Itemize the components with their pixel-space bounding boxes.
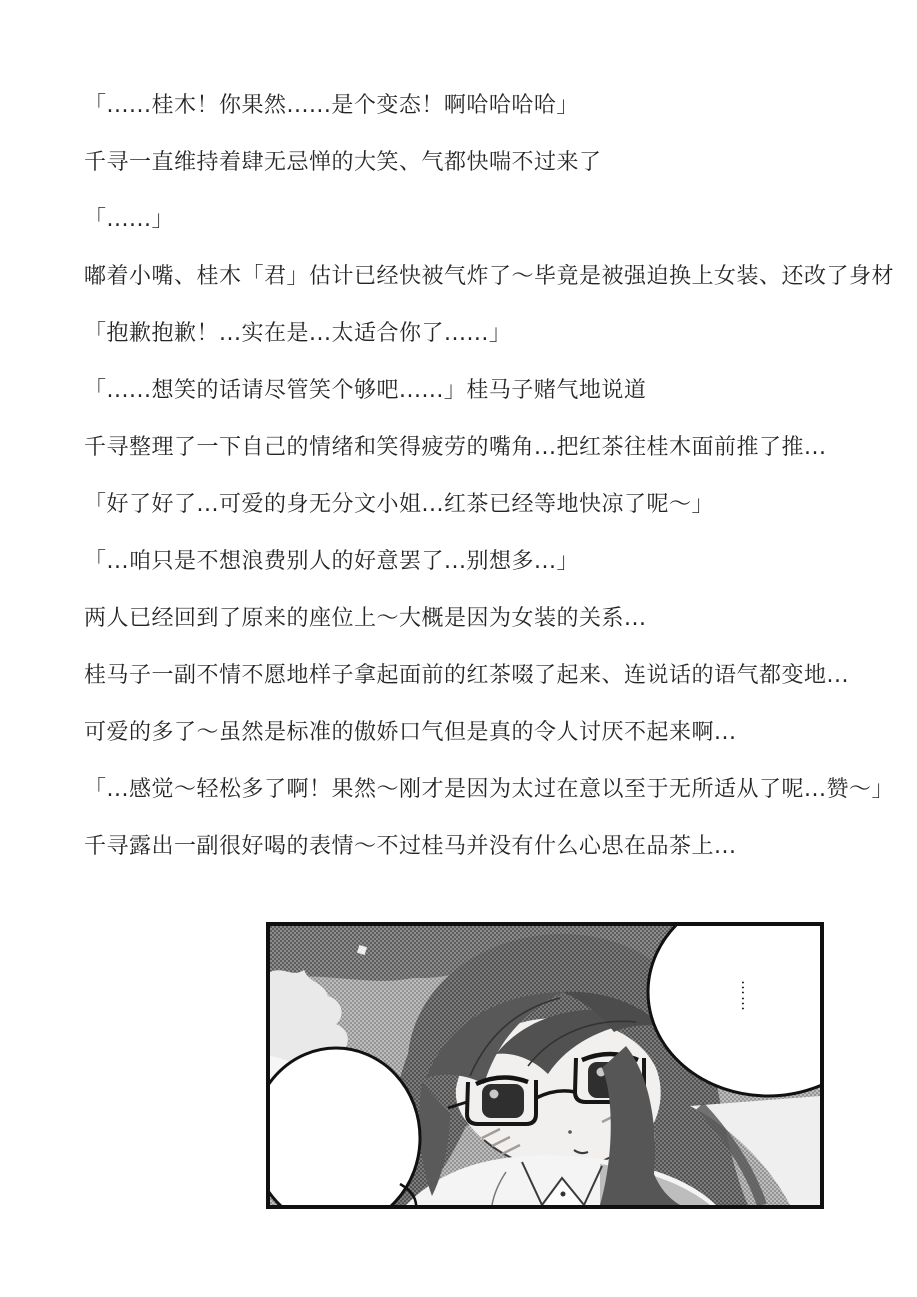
manga-panel: …… <box>266 922 824 1209</box>
text-line: 桂马子一副不情不愿地样子拿起面前的红茶啜了起来、连说话的语气都变地... <box>84 664 894 687</box>
text-line: 「...咱只是不想浪费别人的好意罢了...别想多...」 <box>84 550 894 573</box>
story-text: 「......桂木！你果然......是个变态！啊哈哈哈哈」 千寻一直维持着肆无… <box>84 94 894 892</box>
text-line: 「......想笑的话请尽管笑个够吧......」桂马子赌气地说道 <box>84 379 894 402</box>
text-line: 可爱的多了～虽然是标准的傲娇口气但是真的令人讨厌不起来啊... <box>84 721 894 744</box>
text-line: 两人已经回到了原来的座位上～大概是因为女装的关系... <box>84 607 894 630</box>
speech-bubble-ellipsis: …… <box>738 980 756 1012</box>
text-line: 「......桂木！你果然......是个变态！啊哈哈哈哈」 <box>84 94 894 117</box>
panel-artwork: …… <box>270 926 820 1205</box>
page: 「......桂木！你果然......是个变态！啊哈哈哈哈」 千寻一直维持着肆无… <box>0 0 917 1297</box>
text-line: 千寻一直维持着肆无忌惮的大笑、气都快喘不过来了 <box>84 151 894 174</box>
text-line: 「...感觉～轻松多了啊！果然～刚才是因为太过在意以至于无所适从了呢...赞～」 <box>84 778 894 801</box>
text-line: 嘟着小嘴、桂木「君」估计已经快被气炸了～毕竟是被强迫换上女装、还改了身材 <box>84 265 894 288</box>
text-line: 「抱歉抱歉！...实在是...太适合你了......」 <box>84 322 894 345</box>
text-line: 「好了好了...可爱的身无分文小姐...红茶已经等地快凉了呢～」 <box>84 493 894 516</box>
text-line: 千寻整理了一下自己的情绪和笑得疲劳的嘴角...把红茶往桂木面前推了推... <box>84 436 894 459</box>
text-line: 「......」 <box>84 208 894 231</box>
text-line: 千寻露出一副很好喝的表情～不过桂马并没有什么心思在品茶上... <box>84 835 894 858</box>
